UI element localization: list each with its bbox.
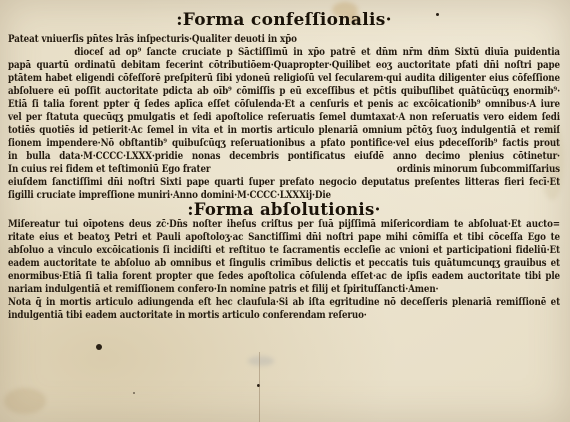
text-line-left: In cuius rei fidem et teſtimoniū Ego fra… [8, 163, 210, 176]
text-line: eadem auctoritate te abſoluo ab omnibus … [8, 257, 560, 270]
text-line: ritate eius et beatoʒ Petri et Pauli apo… [8, 231, 560, 244]
text-line: abſoluo a vinculo excōicationis ſi incid… [8, 244, 560, 257]
text-line: enormibus·Etiā ſi talia forent propter q… [8, 270, 560, 283]
text-line: ſionem impendere·Nō obſtantib⁹ quibuſcūq… [8, 137, 560, 150]
text-line: Etiā ſi talia forent ppter q̄ ſedes aplī… [8, 98, 560, 111]
text-line: dioceſ ad op⁹ ſancte cruciate p Sāctiſſi… [8, 46, 560, 59]
section-heading: :Forma confeſſionalis· [8, 10, 560, 31]
incunabulum-page: :Forma confeſſionalis·Pateat vniuerſis p… [0, 0, 570, 422]
text-line: Pateat vniuerſis pn̄tes lrās inſpecturis… [8, 33, 560, 46]
ink-spot [133, 392, 135, 394]
section-heading: :Forma abſolutionis· [8, 202, 560, 218]
text-line: eiuſdem ſanctiſſimi dn̄i noſtri Sixti pa… [8, 176, 560, 189]
paper-crease [259, 352, 260, 422]
text-line: totiēs quotiēs id petierit·Ac ſemel in v… [8, 124, 560, 137]
text-line: In cuius rei fidem et teſtimoniū Ego fra… [8, 163, 560, 176]
text-line: indulgentiā tibi eadem auctoritate in mo… [8, 309, 560, 322]
text-line: nariam indulgentiā et remiſſionem confer… [8, 283, 560, 296]
stain [4, 388, 46, 414]
smudge [248, 356, 274, 366]
text-line: abſoluere eū poſſit auctoritate pdicta a… [8, 85, 560, 98]
ink-spot [96, 344, 102, 350]
text-line: papā quartū ordinatū debitam fecerint cō… [8, 59, 560, 72]
text-line-right: ordinis minorum ſubcommiſſarius [397, 163, 560, 176]
text-line: ſigilli cruciate impreſſione muniri·Anno… [8, 189, 560, 202]
text-line: Miſereatur tui oīpotens deus zc̄·Dn̄s no… [8, 218, 560, 231]
text-line: Nota q̄ in mortis articulo adiungenda eſ… [8, 296, 560, 309]
text-line: in bulla data·M·CCCC·LXXX·pridie nonas d… [8, 150, 560, 163]
text-line: ptātem habet eligendi cōfeſſorē preſpite… [8, 72, 560, 85]
text-line: vel per ſtatuta quecūqʒ pmulgatis et ſed… [8, 111, 560, 124]
document-text: :Forma confeſſionalis·Pateat vniuerſis p… [8, 10, 560, 322]
